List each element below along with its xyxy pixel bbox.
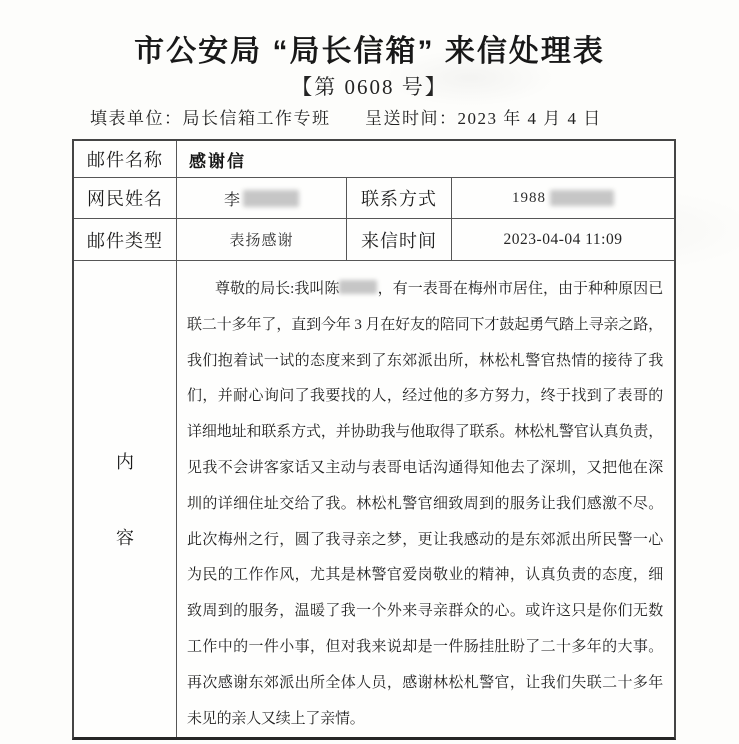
contact-value: 1988 [452,178,674,219]
content-label-char-1: 内 [116,448,134,474]
submit-time-value: 2023 年 4 月 4 日 [458,109,602,128]
content-line: 再次感谢东郊派出所全体人员，感谢林松札警官，让我们失联二十多年 [187,666,663,702]
redaction-sender-name [339,280,377,294]
content-label-char-2: 容 [116,524,134,550]
netizen-name-label: 网民姓名 [74,178,177,219]
mail-type-value: 表扬感谢 [177,219,347,261]
scanned-document-page: 市公安局 “局长信箱” 来信处理表 【第 0608 号】 填表单位：局长信箱工作… [0,0,739,744]
content-line: 未见的亲人又续上了亲情。 [187,702,663,737]
content-line: 见我不会讲客家话又主动与表哥电话沟通得知他去了深圳，又把他在深 [187,451,663,487]
content-line: 联二十多年了，直到今年 3 月在好友的陪同下才鼓起勇气踏上寻亲之路， [187,308,663,344]
mail-name-value: 感谢信 [177,141,674,178]
content-line: 我们抱着试一试的态度来到了东郊派出所，林松札警官热情的接待了我 [187,344,663,380]
letter-time-value: 2023-04-04 11:09 [452,219,674,261]
content-line: 工作中的一件小事，但对我来说却是一件肠挂肚盼了二十多年的大事。 [187,630,663,666]
netizen-name-text: 李 [224,187,240,210]
content-line: 此次梅州之行，圆了我寻亲之梦，更让我感动的是东郊派出所民警一心 [187,523,663,559]
submit-time-label: 呈送时间： [365,109,458,128]
netizen-name-value: 李 [177,178,347,219]
letter-time-label: 来信时间 [347,219,452,261]
content-label: 内 容 [74,261,177,737]
redaction-phone [550,190,614,206]
content-line: 尊敬的局长:我叫陈，有一表哥在梅州市居住，由于种种原因已失 [187,272,663,308]
content-line: 们，并耐心询问了我要找的人，经过他的多方努力，终于找到了表哥的 [187,379,663,415]
mail-name-label: 邮件名称 [74,141,177,178]
page-title: 市公安局 “局长信箱” 来信处理表 [0,26,739,70]
content-line: 圳的详细住址交给了我。林松札警官细致周到的服务让我们感激不尽。 [187,487,663,523]
form-unit-value: 局长信箱工作专班 [183,109,331,128]
letter-processing-table: 邮件名称 感谢信 网民姓名 李 联系方式 1988 邮件类型 表扬感谢 来信时间… [72,139,676,740]
contact-text: 1988 [512,190,546,207]
form-unit-label: 填表单位： [90,109,183,128]
submit-time: 呈送时间：2023 年 4 月 4 日 [365,104,602,129]
document-number: 【第 0608 号】 [0,71,739,101]
mail-type-label: 邮件类型 [74,219,177,261]
contact-label: 联系方式 [347,178,452,219]
content-line: 为民的工作作风，尤其是林警官爱岗敬业的精神，认真负责的态度，细 [187,558,663,594]
redaction-name [243,190,299,207]
content-line1-prefix: 尊敬的局长:我叫陈 [215,281,339,297]
content-line: 致周到的服务，温暖了我一个外来寻亲群众的心。或许这只是你们无数 [187,594,663,630]
letter-content: 尊敬的局长:我叫陈，有一表哥在梅州市居住，由于种种原因已失 联二十多年了，直到今… [177,261,674,737]
content-line: 详细地址和联系方式，并协助我与他取得了联系。林松札警官认真负责， [187,415,663,451]
form-unit: 填表单位：局长信箱工作专班 [90,104,331,129]
